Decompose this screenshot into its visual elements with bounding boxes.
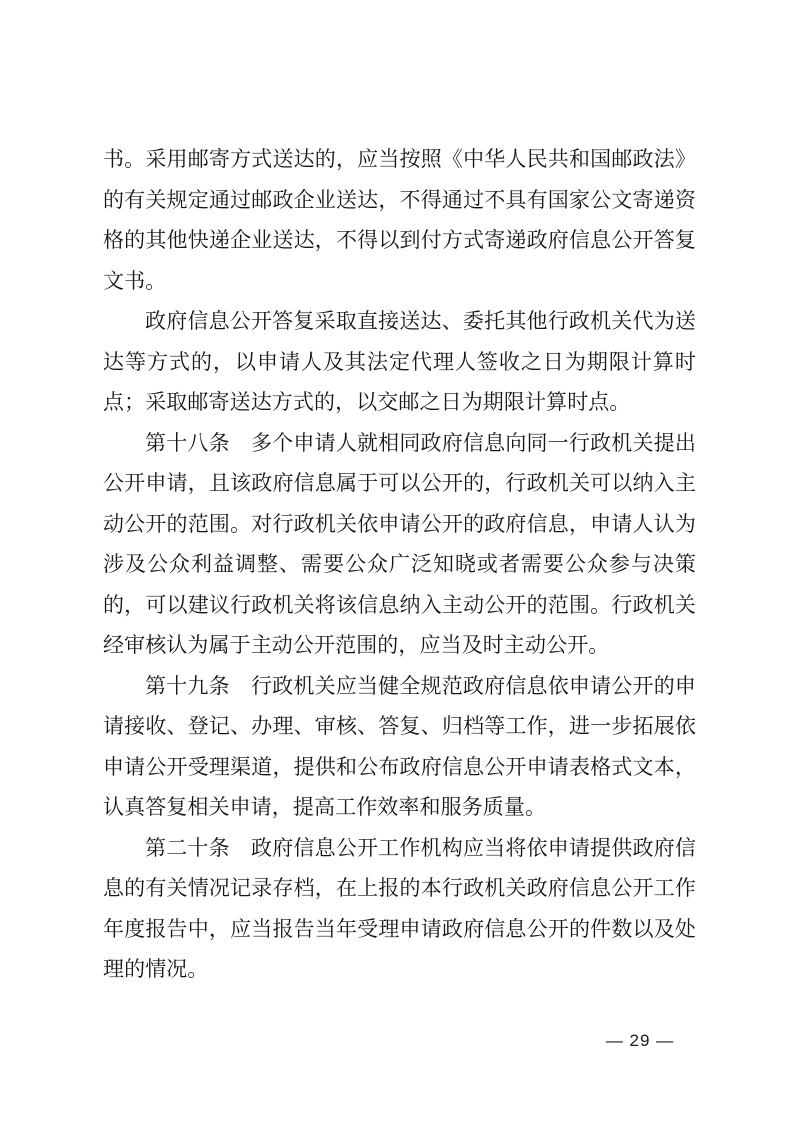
paragraph: 第十八条 多个申请人就相同政府信息向同一行政机关提出公开申请，且该政府信息属于可…: [103, 424, 696, 667]
document-page: 书。采用邮寄方式送达的，应当按照《中华人民共和国邮政法》的有关规定通过邮政企业送…: [0, 0, 793, 1122]
paragraph: 第二十条 政府信息公开工作机构应当将依申请提供政府信息的有关情况记录存档，在上报…: [103, 829, 696, 991]
paragraph: 政府信息公开答复采取直接送达、委托其他行政机关代为送达等方式的，以申请人及其法定…: [103, 302, 696, 424]
paragraph: 书。采用邮寄方式送达的，应当按照《中华人民共和国邮政法》的有关规定通过邮政企业送…: [103, 140, 696, 302]
page-number: — 29 —: [595, 1031, 685, 1051]
paragraph: 第十九条 行政机关应当健全规范政府信息依申请公开的申请接收、登记、办理、审核、答…: [103, 667, 696, 829]
text-block: 书。采用邮寄方式送达的，应当按照《中华人民共和国邮政法》的有关规定通过邮政企业送…: [103, 140, 696, 991]
